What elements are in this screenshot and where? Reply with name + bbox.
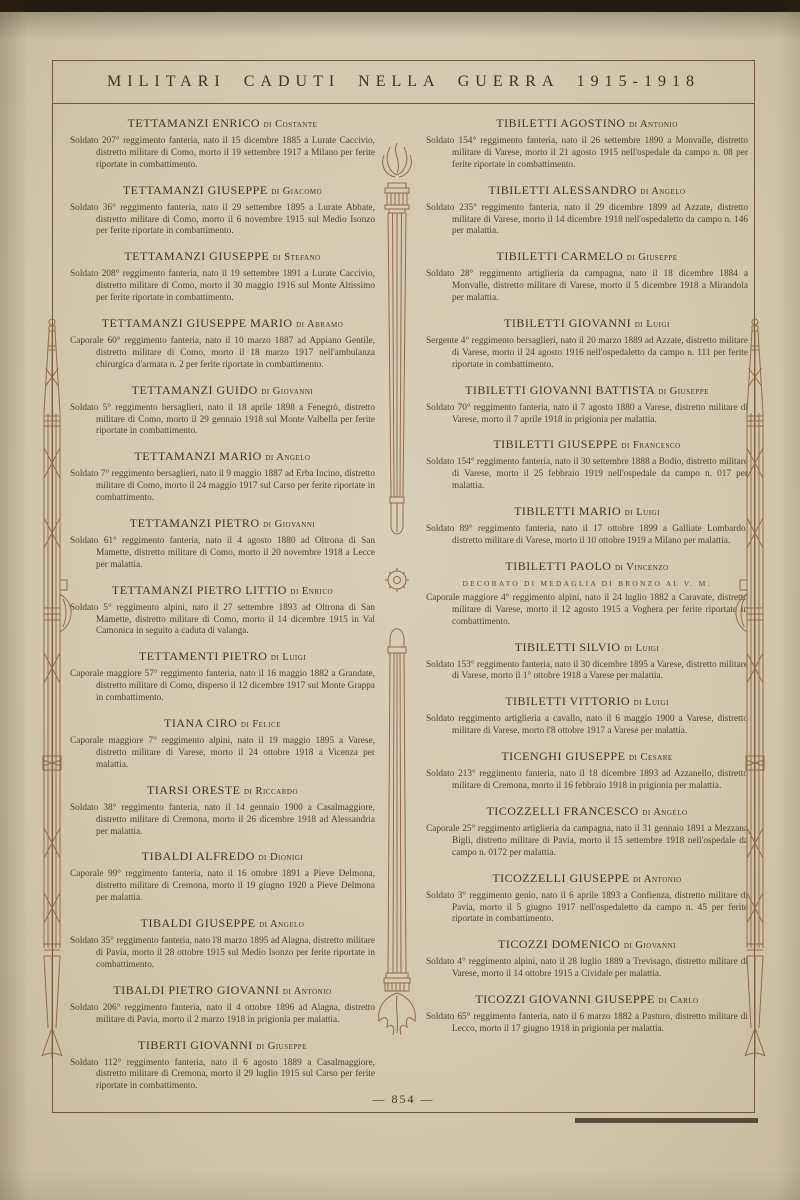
entry-name: TETTAMANZI PIETRO di Giovanni: [70, 516, 375, 531]
decoration-line: DECORATO DI MEDAGLIA DI BRONZO AL V. M.: [426, 579, 748, 588]
entry-surname: TIBILETTI AGOSTINO: [496, 116, 629, 130]
entry-qualifier: di Antonio: [283, 986, 332, 997]
entry-name: TIANA CIRO di Felice: [70, 716, 375, 731]
entry-qualifier: di Giovanni: [263, 519, 315, 530]
casualty-entry: TIBALDI GIUSEPPE di AngeloSoldato 35° re…: [70, 916, 375, 972]
entry-surname: TIBILETTI CARMELO: [496, 249, 626, 263]
entry-surname: TIBILETTI ALESSANDRO: [488, 183, 640, 197]
entry-name: TIBILETTI GIOVANNI BATTISTA di Giuseppe: [426, 383, 748, 398]
casualty-entry: TETTAMANZI PIETRO di GiovanniSoldato 61°…: [70, 516, 375, 572]
entry-qualifier: di Costante: [264, 119, 318, 130]
entry-name: TICOZZI GIOVANNI GIUSEPPE di Carlo: [426, 992, 748, 1007]
entry-qualifier: di Vincenzo: [615, 562, 669, 573]
entry-body: Caporale 99° reggimento fanteria, nato i…: [70, 869, 375, 905]
entry-surname: TETTAMANZI ENRICO: [128, 116, 264, 130]
entry-name: TETTAMANZI GIUSEPPE di Stefano: [70, 249, 375, 264]
entry-body: Caporale 25° reggimento artiglieria da c…: [426, 824, 748, 860]
entry-name: TIBILETTI SILVIO di Luigi: [426, 640, 748, 655]
casualty-entry: TETTAMANZI PIETRO LITTIO di EnricoSoldat…: [70, 583, 375, 639]
entry-body: Soldato 5° reggimento alpini, nato il 27…: [70, 603, 375, 639]
entry-body: Soldato 65° reggimento fanteria, nato il…: [426, 1012, 748, 1036]
entry-surname: TIBERTI GIOVANNI: [138, 1038, 256, 1052]
entry-name: TIBILETTI GIUSEPPE di Francesco: [426, 437, 748, 452]
entry-qualifier: di Felice: [241, 719, 281, 730]
entry-surname: TIBILETTI GIOVANNI: [504, 316, 635, 330]
entry-name: TETTAMANZI GIUSEPPE di Giacomo: [70, 183, 375, 198]
entry-body: Soldato 36° reggimento fanteria, nato il…: [70, 203, 375, 239]
casualty-entry: TETTAMENTI PIETRO di LuigiCaporale maggi…: [70, 649, 375, 705]
casualty-entry: TIBALDI ALFREDO di DionigiCaporale 99° r…: [70, 849, 375, 905]
entry-surname: TETTAMANZI MARIO: [134, 449, 265, 463]
entry-qualifier: di Luigi: [635, 319, 670, 330]
entry-name: TIBALDI GIUSEPPE di Angelo: [70, 916, 375, 931]
entry-name: TIBILETTI MARIO di Luigi: [426, 504, 748, 519]
header-band: MILITARI CADUTI NELLA GUERRA 1915-1918: [53, 61, 754, 104]
casualty-entry: TETTAMANZI ENRICO di CostanteSoldato 207…: [70, 116, 375, 172]
entry-body: Sergente 4° reggimento bersaglieri, nato…: [426, 336, 748, 372]
casualty-entry: TIBILETTI CARMELO di GiuseppeSoldato 28°…: [426, 249, 748, 305]
entry-name: TIBALDI PIETRO GIOVANNI di Antonio: [70, 983, 375, 998]
entry-qualifier: di Angelo: [265, 452, 310, 463]
entry-body: Soldato 61° reggimento fanteria, nato il…: [70, 536, 375, 572]
entry-body: Soldato 207° reggimento fanteria, nato i…: [70, 136, 375, 172]
casualty-entry: TIBILETTI AGOSTINO di AntonioSoldato 154…: [426, 116, 748, 172]
entry-qualifier: di Giuseppe: [658, 386, 709, 397]
entry-qualifier: di Giovanni: [624, 940, 676, 951]
entry-surname: TICOZZELLI FRANCESCO: [486, 804, 642, 818]
entry-body: Caporale maggiore 4° reggimento alpini, …: [426, 593, 748, 629]
entry-name: TIBALDI ALFREDO di Dionigi: [70, 849, 375, 864]
entry-body: Soldato 154° reggimento fanteria, nato i…: [426, 457, 748, 493]
entry-surname: TICOZZI DOMENICO: [498, 937, 624, 951]
page-title: MILITARI CADUTI NELLA GUERRA 1915-1918: [107, 73, 700, 91]
entry-body: Soldato 153° reggimento fanteria, nato i…: [426, 660, 748, 684]
entry-qualifier: di Dionigi: [258, 852, 303, 863]
entry-name: TIBILETTI VITTORIO di Luigi: [426, 694, 748, 709]
entry-surname: TICENGHI GIUSEPPE: [501, 749, 629, 763]
entry-name: TIBILETTI ALESSANDRO di Angelo: [426, 183, 748, 198]
casualty-entry: TIBILETTI MARIO di LuigiSoldato 89° regg…: [426, 504, 748, 548]
entry-qualifier: di Carlo: [659, 995, 699, 1006]
entry-surname: TETTAMANZI GIUSEPPE MARIO: [102, 316, 296, 330]
photo-edge-top: [0, 0, 800, 12]
entry-qualifier: di Cesare: [629, 752, 673, 763]
left-column: TETTAMANZI ENRICO di CostanteSoldato 207…: [70, 116, 375, 1091]
casualty-entry: TICOZZELLI FRANCESCO di AngeloCaporale 2…: [426, 804, 748, 860]
casualty-entry: TIBILETTI GIOVANNI di LuigiSergente 4° r…: [426, 316, 748, 372]
entry-surname: TETTAMANZI GUIDO: [132, 383, 262, 397]
entry-body: Caporale maggiore 7° reggimento alpini, …: [70, 736, 375, 772]
entry-body: Soldato 3° reggimento genio, nato il 6 a…: [426, 891, 748, 927]
casualty-entry: TIBILETTI VITTORIO di LuigiSoldato reggi…: [426, 694, 748, 738]
entry-qualifier: di Giuseppe: [256, 1041, 307, 1052]
entry-body: Caporale 60° reggimento fanteria, nato i…: [70, 336, 375, 372]
entry-qualifier: di Angelo: [642, 807, 687, 818]
entry-name: TETTAMANZI ENRICO di Costante: [70, 116, 375, 131]
entry-surname: TETTAMENTI PIETRO: [139, 649, 271, 663]
casualty-entry: TICOZZELLI GIUSEPPE di AntonioSoldato 3°…: [426, 871, 748, 927]
entry-body: Caporale maggiore 57° reggimento fanteri…: [70, 669, 375, 705]
entry-name: TETTAMANZI PIETRO LITTIO di Enrico: [70, 583, 375, 598]
entry-surname: TIBALDI PIETRO GIOVANNI: [113, 983, 282, 997]
entry-name: TIBERTI GIOVANNI di Giuseppe: [70, 1038, 375, 1053]
entry-qualifier: di Antonio: [633, 874, 682, 885]
casualty-entry: TIARSI ORESTE di RiccardoSoldato 38° reg…: [70, 783, 375, 839]
entry-surname: TIANA CIRO: [164, 716, 241, 730]
page-number: — 854 —: [53, 1092, 754, 1107]
casualty-entry: TIBILETTI GIOVANNI BATTISTA di GiuseppeS…: [426, 383, 748, 427]
entry-qualifier: di Enrico: [290, 586, 333, 597]
entry-body: Soldato 7° reggimento bersaglieri, nato …: [70, 469, 375, 505]
entry-name: TETTAMANZI MARIO di Angelo: [70, 449, 375, 464]
entry-qualifier: di Angelo: [259, 919, 304, 930]
entry-name: TIBILETTI CARMELO di Giuseppe: [426, 249, 748, 264]
entry-name: TIBILETTI PAOLO di Vincenzo: [426, 559, 748, 574]
entry-qualifier: di Riccardo: [244, 786, 298, 797]
entry-surname: TETTAMANZI PIETRO: [130, 516, 263, 530]
entry-body: Soldato 35° reggimento fanteria, nato l'…: [70, 936, 375, 972]
entry-qualifier: di Luigi: [634, 697, 669, 708]
casualty-entry: TETTAMANZI MARIO di AngeloSoldato 7° reg…: [70, 449, 375, 505]
casualty-entry: TICENGHI GIUSEPPE di CesareSoldato 213° …: [426, 749, 748, 793]
entry-surname: TIBILETTI SILVIO: [515, 640, 624, 654]
entry-qualifier: di Giuseppe: [627, 252, 678, 263]
entry-surname: TIBALDI ALFREDO: [142, 849, 259, 863]
entry-qualifier: di Francesco: [621, 440, 680, 451]
entry-surname: TIBILETTI MARIO: [514, 504, 625, 518]
casualty-entry: TICOZZI GIOVANNI GIUSEPPE di CarloSoldat…: [426, 992, 748, 1036]
casualty-entry: TETTAMANZI GIUSEPPE di GiacomoSoldato 36…: [70, 183, 375, 239]
entry-qualifier: di Luigi: [271, 652, 306, 663]
entry-qualifier: di Angelo: [640, 186, 685, 197]
entry-surname: TIBILETTI PAOLO: [505, 559, 615, 573]
entry-surname: TICOZZI GIOVANNI GIUSEPPE: [475, 992, 658, 1006]
entry-name: TICOZZELLI GIUSEPPE di Antonio: [426, 871, 748, 886]
casualty-entry: TETTAMANZI GUIDO di GiovanniSoldato 5° r…: [70, 383, 375, 439]
entry-surname: TIBILETTI VITTORIO: [505, 694, 633, 708]
entry-body: Soldato 213° reggimento fanteria, nato i…: [426, 769, 748, 793]
entry-name: TETTAMANZI GUIDO di Giovanni: [70, 383, 375, 398]
entry-name: TICENGHI GIUSEPPE di Cesare: [426, 749, 748, 764]
entry-qualifier: di Giovanni: [261, 386, 313, 397]
entry-name: TIBILETTI AGOSTINO di Antonio: [426, 116, 748, 131]
casualty-entry: TIANA CIRO di FeliceCaporale maggiore 7°…: [70, 716, 375, 772]
entry-surname: TICOZZELLI GIUSEPPE: [492, 871, 633, 885]
entry-body: Soldato 38° reggimento fanteria, nato il…: [70, 803, 375, 839]
photo-artifact-bottom-right: [575, 1118, 758, 1123]
entry-surname: TETTAMANZI GIUSEPPE: [124, 249, 272, 263]
entry-body: Soldato 70° reggimento fanteria, nato il…: [426, 403, 748, 427]
entry-body: Soldato 154° reggimento fanteria, nato i…: [426, 136, 748, 172]
entry-surname: TIBILETTI GIOVANNI BATTISTA: [465, 383, 658, 397]
entry-body: Soldato 206° reggimento fanteria, nato i…: [70, 1003, 375, 1027]
entry-surname: TETTAMANZI PIETRO LITTIO: [112, 583, 291, 597]
entry-body: Soldato 89° reggimento fanteria, nato il…: [426, 524, 748, 548]
entry-qualifier: di Luigi: [624, 643, 659, 654]
casualty-entry: TIBERTI GIOVANNI di GiuseppeSoldato 112°…: [70, 1038, 375, 1091]
entry-name: TICOZZELLI FRANCESCO di Angelo: [426, 804, 748, 819]
entry-surname: TIARSI ORESTE: [147, 783, 244, 797]
entry-body: Soldato 5° reggimento bersaglieri, nato …: [70, 403, 375, 439]
entry-qualifier: di Stefano: [273, 252, 321, 263]
casualty-entry: TIBILETTI ALESSANDRO di AngeloSoldato 23…: [426, 183, 748, 239]
entry-name: TETTAMANZI GIUSEPPE MARIO di Abramo: [70, 316, 375, 331]
entry-name: TICOZZI DOMENICO di Giovanni: [426, 937, 748, 952]
page-frame: MILITARI CADUTI NELLA GUERRA 1915-1918 T…: [52, 60, 755, 1113]
entry-surname: TETTAMANZI GIUSEPPE: [123, 183, 271, 197]
entry-name: TIARSI ORESTE di Riccardo: [70, 783, 375, 798]
entry-name: TIBILETTI GIOVANNI di Luigi: [426, 316, 748, 331]
entry-qualifier: di Abramo: [296, 319, 343, 330]
casualty-entry: TIBILETTI GIUSEPPE di FrancescoSoldato 1…: [426, 437, 748, 493]
entry-body: Soldato 208° reggimento fanteria, nato i…: [70, 269, 375, 305]
entry-body: Soldato 235° reggimento fanteria, nato i…: [426, 203, 748, 239]
entry-body: Soldato 28° reggimento artiglieria da ca…: [426, 269, 748, 305]
entry-body: Soldato 112° reggimento fanteria, nato i…: [70, 1058, 375, 1091]
entry-name: TETTAMENTI PIETRO di Luigi: [70, 649, 375, 664]
entry-qualifier: di Antonio: [629, 119, 678, 130]
entry-qualifier: di Luigi: [625, 507, 660, 518]
entry-surname: TIBALDI GIUSEPPE: [141, 916, 260, 930]
entry-qualifier: di Giacomo: [271, 186, 322, 197]
casualty-entry: TETTAMANZI GIUSEPPE di StefanoSoldato 20…: [70, 249, 375, 305]
entry-surname: TIBILETTI GIUSEPPE: [493, 437, 621, 451]
casualty-entry: TICOZZI DOMENICO di GiovanniSoldato 4° r…: [426, 937, 748, 981]
casualty-entry: TIBILETTI PAOLO di VincenzoDECORATO DI M…: [426, 559, 748, 629]
right-column: TIBILETTI AGOSTINO di AntonioSoldato 154…: [426, 116, 748, 1091]
casualty-entry: TETTAMANZI GIUSEPPE MARIO di AbramoCapor…: [70, 316, 375, 372]
entry-body: Soldato 4° reggimento alpini, nato il 28…: [426, 957, 748, 981]
casualty-entry: TIBILETTI SILVIO di LuigiSoldato 153° re…: [426, 640, 748, 684]
entry-body: Soldato reggimento artiglieria a cavallo…: [426, 714, 748, 738]
casualty-entry: TIBALDI PIETRO GIOVANNI di AntonioSoldat…: [70, 983, 375, 1027]
